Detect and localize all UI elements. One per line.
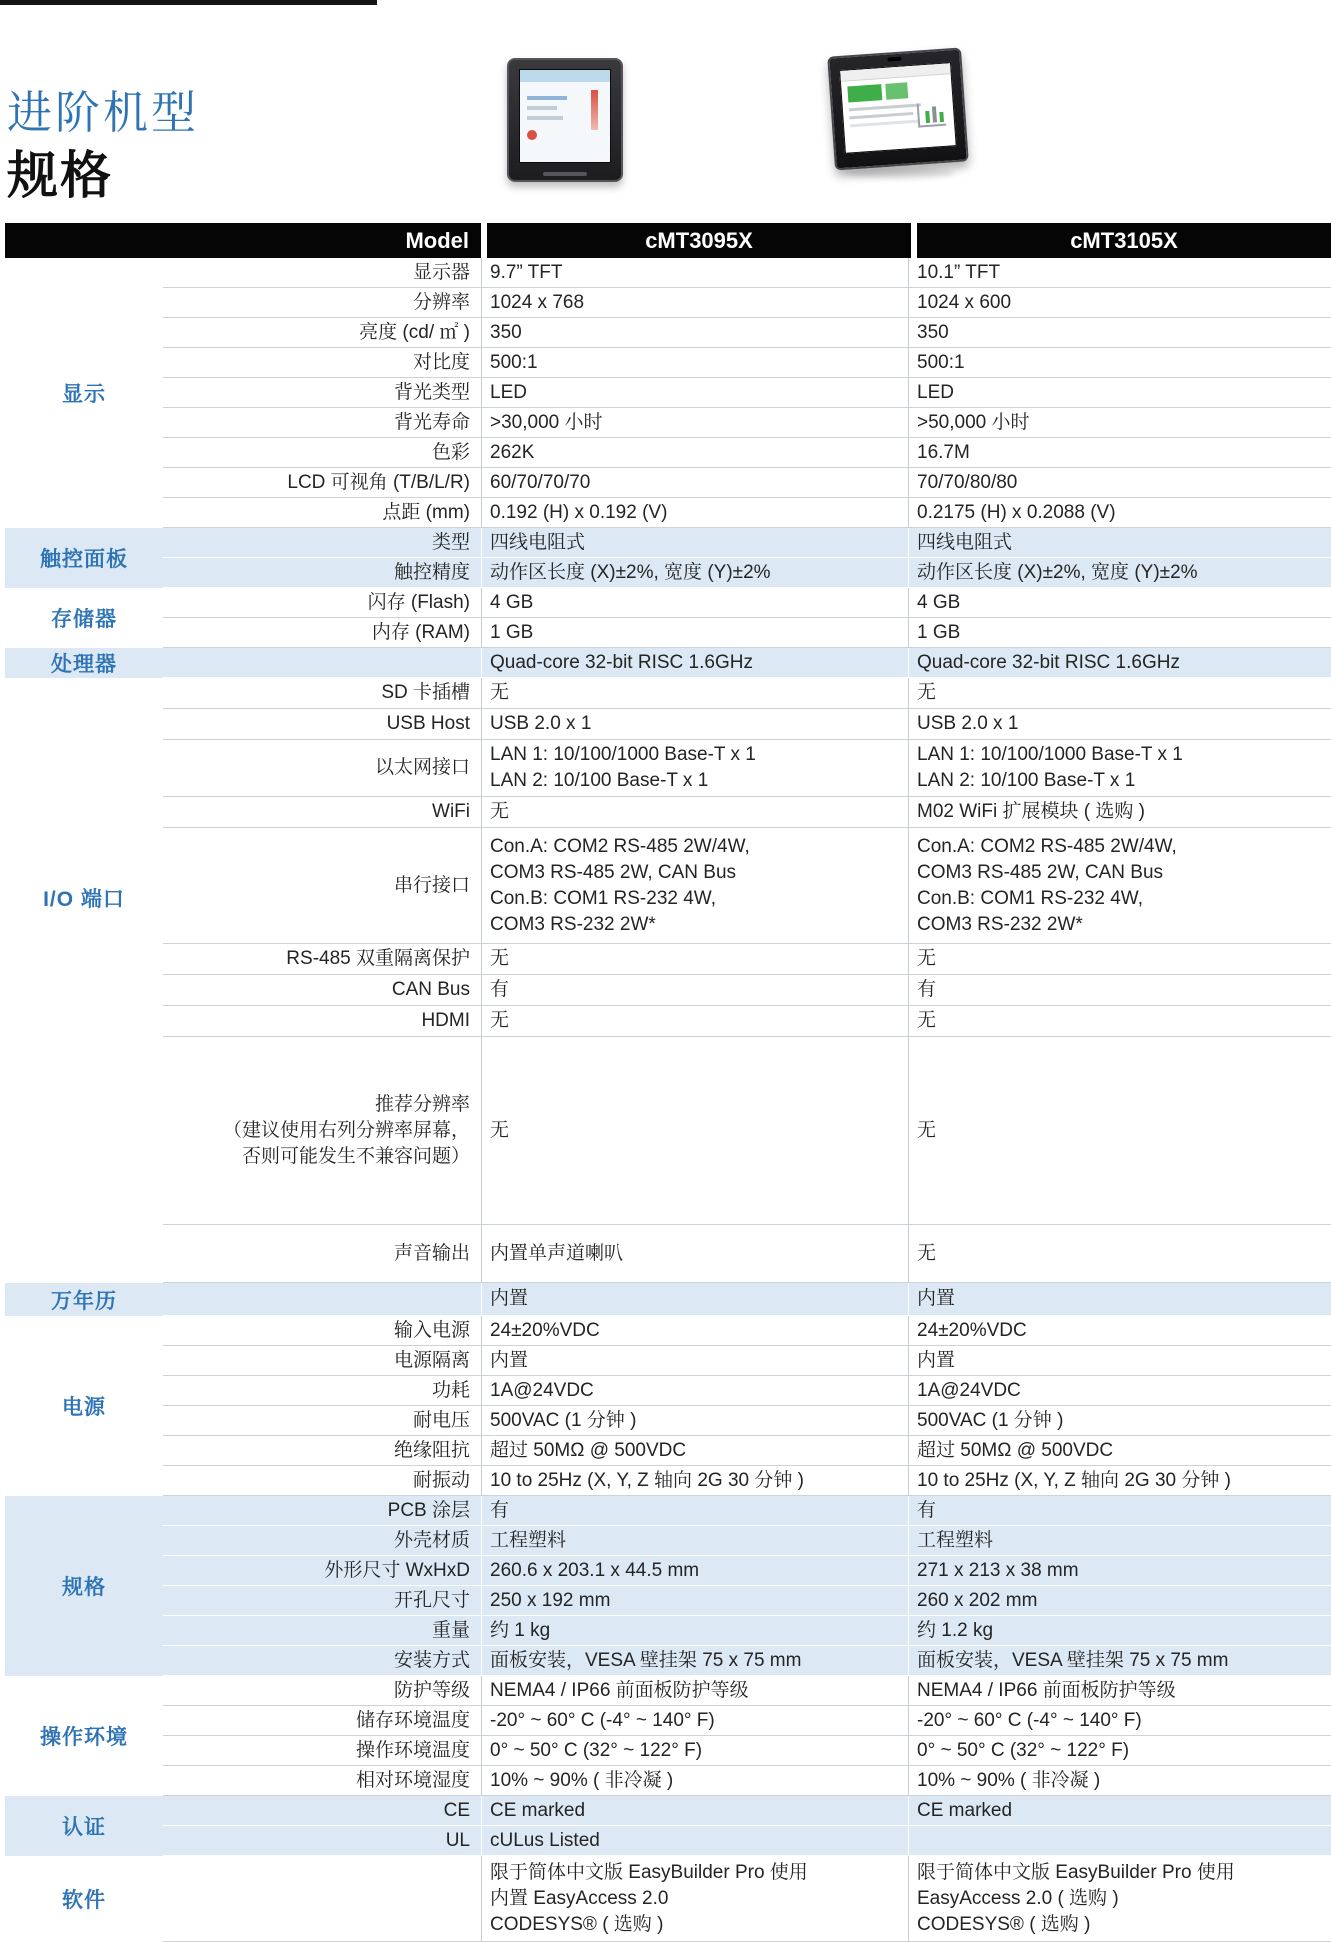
row-io-ports-2-v1: LAN 1: 10/100/1000 Base-T x 1 LAN 2: 10/… <box>481 740 908 797</box>
row-certifications-0-v2: CE marked <box>908 1796 1331 1826</box>
row-io-ports-7-v2: 无 <box>908 1006 1331 1037</box>
spec-table-header: Model cMT3095X cMT3105X <box>5 223 1331 258</box>
row-power-1-v2: 内置 <box>908 1346 1331 1376</box>
row-power-2-v1: 1A@24VDC <box>481 1376 908 1406</box>
row-display-3-v2: 500:1 <box>908 348 1331 378</box>
row-environment-1-label: 储存环境温度 <box>163 1706 481 1736</box>
section-environment: 操作环境防护等级NEMA4 / IP66 前面板防护等级NEMA4 / IP66… <box>5 1676 1331 1796</box>
row-dimensions-2-label: 外形尺寸 WxHxD <box>163 1556 481 1586</box>
row-dimensions-1-v2: 工程塑料 <box>908 1526 1331 1556</box>
screen-text-line <box>527 116 563 120</box>
row-display-6-v1: 262K <box>481 438 908 468</box>
row-display-3-label: 对比度 <box>163 348 481 378</box>
header-col-cmt3095x: cMT3095X <box>487 223 911 258</box>
row-processor-0-v1: Quad-core 32-bit RISC 1.6GHz <box>481 648 908 678</box>
section-processor: 处理器Quad-core 32-bit RISC 1.6GHzQuad-core… <box>5 648 1331 678</box>
row-touch-panel-0-v2: 四线电阻式 <box>908 528 1331 558</box>
row-software-0-v1: 限于简体中文版 EasyBuilder Pro 使用 内置 EasyAccess… <box>481 1856 908 1942</box>
row-power-4-v1: 超过 50MΩ @ 500VDC <box>481 1436 908 1466</box>
row-environment-0-v2: NEMA4 / IP66 前面板防护等级 <box>908 1676 1331 1706</box>
category-label-display: 显示 <box>5 258 163 528</box>
row-io-ports-5-label: RS-485 双重隔离保护 <box>163 944 481 975</box>
product-image-cmt3095x <box>507 58 623 182</box>
row-display-7-v2: 70/70/80/80 <box>908 468 1331 498</box>
row-io-ports-7-v1: 无 <box>481 1006 908 1037</box>
row-software-0-v2: 限于简体中文版 EasyBuilder Pro 使用 EasyAccess 2.… <box>908 1856 1331 1942</box>
row-io-ports-9-v2: 无 <box>908 1225 1331 1283</box>
row-power-5-v2: 10 to 25Hz (X, Y, Z 轴向 2G 30 分钟 ) <box>908 1466 1331 1496</box>
page-title-spec: 规格 <box>7 134 113 208</box>
category-label-calendar: 万年历 <box>5 1283 163 1316</box>
row-memory-0-label: 闪存 (Flash) <box>163 588 481 618</box>
row-environment-2-v2: 0° ~ 50° C (32° ~ 122° F) <box>908 1736 1331 1766</box>
row-memory-1-label: 内存 (RAM) <box>163 618 481 648</box>
header-model-label: Model <box>5 223 481 258</box>
row-dimensions-4-v2: 约 1.2 kg <box>908 1616 1331 1646</box>
row-io-ports-0-v2: 无 <box>908 678 1331 709</box>
row-power-5-v1: 10 to 25Hz (X, Y, Z 轴向 2G 30 分钟 ) <box>481 1466 908 1496</box>
row-environment-2-label: 操作环境温度 <box>163 1736 481 1766</box>
row-processor-0-label <box>163 648 481 678</box>
category-label-memory: 存储器 <box>5 588 163 648</box>
row-memory-1-v2: 1 GB <box>908 618 1331 648</box>
row-dimensions-1-v1: 工程塑料 <box>481 1526 908 1556</box>
screen-indicator-dot <box>527 130 537 140</box>
row-display-3-v1: 500:1 <box>481 348 908 378</box>
section-display: 显示显示器9.7” TFT10.1” TFT分辨率1024 x 7681024 … <box>5 258 1331 528</box>
row-environment-3-label: 相对环境湿度 <box>163 1766 481 1796</box>
row-power-0-v2: 24±20%VDC <box>908 1316 1331 1346</box>
category-label-certifications: 认证 <box>5 1796 163 1856</box>
row-power-2-label: 功耗 <box>163 1376 481 1406</box>
row-dimensions-0-label: PCB 涂层 <box>163 1496 481 1526</box>
section-touch-panel: 触控面板类型四线电阻式四线电阻式触控精度动作区长度 (X)±2%, 宽度 (Y)… <box>5 528 1331 588</box>
row-display-0-v2: 10.1” TFT <box>908 258 1331 288</box>
row-dimensions-2-v1: 260.6 x 203.1 x 44.5 mm <box>481 1556 908 1586</box>
screen-text-line <box>849 112 913 119</box>
row-touch-panel-1-v1: 动作区长度 (X)±2%, 宽度 (Y)±2% <box>481 558 908 588</box>
device-screen <box>519 69 611 163</box>
row-touch-panel-0-label: 类型 <box>163 528 481 558</box>
row-display-4-v1: LED <box>481 378 908 408</box>
screen-green-tile <box>885 82 908 99</box>
row-display-2-v2: 350 <box>908 318 1331 348</box>
row-memory-1-v1: 1 GB <box>481 618 908 648</box>
row-certifications-1-v2 <box>908 1826 1331 1856</box>
section-calendar: 万年历内置内置 <box>5 1283 1331 1316</box>
row-io-ports-3-v1: 无 <box>481 797 908 828</box>
row-io-ports-9-v1: 内置单声道喇叭 <box>481 1225 908 1283</box>
row-dimensions-3-v2: 260 x 202 mm <box>908 1586 1331 1616</box>
category-label-processor: 处理器 <box>5 648 163 678</box>
row-display-1-v2: 1024 x 600 <box>908 288 1331 318</box>
row-io-ports-5-v1: 无 <box>481 944 908 975</box>
row-dimensions-3-v1: 250 x 192 mm <box>481 1586 908 1616</box>
screen-text-line <box>527 96 567 100</box>
row-touch-panel-0-v1: 四线电阻式 <box>481 528 908 558</box>
category-label-power: 电源 <box>5 1316 163 1496</box>
row-environment-2-v1: 0° ~ 50° C (32° ~ 122° F) <box>481 1736 908 1766</box>
row-io-ports-4-v2: Con.A: COM2 RS-485 2W/4W, COM3 RS-485 2W… <box>908 828 1331 944</box>
screen-green-tile <box>847 84 882 102</box>
row-io-ports-6-v2: 有 <box>908 975 1331 1006</box>
row-power-4-label: 绝缘阻抗 <box>163 1436 481 1466</box>
device-logo-strip <box>543 172 587 176</box>
row-io-ports-3-v2: M02 WiFi 扩展模块 ( 选购 ) <box>908 797 1331 828</box>
row-io-ports-8-v2: 无 <box>908 1037 1331 1225</box>
row-touch-panel-1-label: 触控精度 <box>163 558 481 588</box>
row-io-ports-1-label: USB Host <box>163 709 481 740</box>
row-io-ports-4-v1: Con.A: COM2 RS-485 2W/4W, COM3 RS-485 2W… <box>481 828 908 944</box>
page-title-series: 进阶机型 <box>7 76 199 141</box>
row-environment-1-v1: -20° ~ 60° C (-4° ~ 140° F) <box>481 1706 908 1736</box>
row-power-3-label: 耐电压 <box>163 1406 481 1436</box>
category-label-touch-panel: 触控面板 <box>5 528 163 588</box>
row-environment-1-v2: -20° ~ 60° C (-4° ~ 140° F) <box>908 1706 1331 1736</box>
section-io-ports: I/O 端口SD 卡插槽无无USB HostUSB 2.0 x 1USB 2.0… <box>5 678 1331 1283</box>
row-touch-panel-1-v2: 动作区长度 (X)±2%, 宽度 (Y)±2% <box>908 558 1331 588</box>
product-image-cmt3105x <box>827 47 969 170</box>
row-io-ports-7-label: HDMI <box>163 1006 481 1037</box>
row-display-7-label: LCD 可视角 (T/B/L/R) <box>163 468 481 498</box>
row-memory-0-v1: 4 GB <box>481 588 908 618</box>
row-power-3-v2: 500VAC (1 分钟 ) <box>908 1406 1331 1436</box>
row-power-0-label: 输入电源 <box>163 1316 481 1346</box>
row-memory-0-v2: 4 GB <box>908 588 1331 618</box>
category-label-io-ports: I/O 端口 <box>5 678 163 1283</box>
row-display-1-v1: 1024 x 768 <box>481 288 908 318</box>
row-io-ports-4-label: 串行接口 <box>163 828 481 944</box>
row-certifications-0-label: CE <box>163 1796 481 1826</box>
row-environment-3-v1: 10% ~ 90% ( 非冷凝 ) <box>481 1766 908 1796</box>
row-dimensions-5-v1: 面板安装，VESA 壁挂架 75 x 75 mm <box>481 1646 908 1676</box>
row-display-2-label: 亮度 (cd/ ㎡ ) <box>163 318 481 348</box>
screen-text-line <box>527 106 557 110</box>
top-edge-strip <box>0 0 377 5</box>
row-display-2-v1: 350 <box>481 318 908 348</box>
screen-header-bar <box>520 70 610 82</box>
chart-bar <box>939 112 944 122</box>
row-certifications-1-v1: cULus Listed <box>481 1826 908 1856</box>
screen-text-line <box>850 120 920 128</box>
category-label-environment: 操作环境 <box>5 1676 163 1796</box>
row-io-ports-0-v1: 无 <box>481 678 908 709</box>
section-software: 软件限于简体中文版 EasyBuilder Pro 使用 内置 EasyAcce… <box>5 1856 1331 1942</box>
device-screen <box>839 62 957 154</box>
row-calendar-0-label <box>163 1283 481 1316</box>
screen-gauge-graphic <box>591 90 598 130</box>
row-io-ports-6-label: CAN Bus <box>163 975 481 1006</box>
row-display-4-label: 背光类型 <box>163 378 481 408</box>
category-label-dimensions: 规格 <box>5 1496 163 1676</box>
row-environment-0-v1: NEMA4 / IP66 前面板防护等级 <box>481 1676 908 1706</box>
row-power-0-v1: 24±20%VDC <box>481 1316 908 1346</box>
row-display-8-label: 点距 (mm) <box>163 498 481 528</box>
row-io-ports-1-v1: USB 2.0 x 1 <box>481 709 908 740</box>
row-display-6-v2: 16.7M <box>908 438 1331 468</box>
row-software-0-label <box>163 1856 481 1942</box>
row-display-5-label: 背光寿命 <box>163 408 481 438</box>
row-display-1-label: 分辨率 <box>163 288 481 318</box>
screen-text-line <box>849 103 921 111</box>
row-power-3-v1: 500VAC (1 分钟 ) <box>481 1406 908 1436</box>
row-io-ports-0-label: SD 卡插槽 <box>163 678 481 709</box>
device-shadow <box>845 168 955 178</box>
row-io-ports-2-v2: LAN 1: 10/100/1000 Base-T x 1 LAN 2: 10/… <box>908 740 1331 797</box>
row-power-2-v2: 1A@24VDC <box>908 1376 1331 1406</box>
section-dimensions: 规格PCB 涂层有有外壳材质工程塑料工程塑料外形尺寸 WxHxD260.6 x … <box>5 1496 1331 1676</box>
screen-header-bar <box>840 63 950 82</box>
row-display-6-label: 色彩 <box>163 438 481 468</box>
spec-table-body: 显示显示器9.7” TFT10.1” TFT分辨率1024 x 7681024 … <box>5 258 1331 1942</box>
section-certifications: 认证CECE markedCE markedULcULus Listed <box>5 1796 1331 1856</box>
row-power-1-label: 电源隔离 <box>163 1346 481 1376</box>
row-io-ports-9-label: 声音输出 <box>163 1225 481 1283</box>
row-calendar-0-v2: 内置 <box>908 1283 1331 1316</box>
row-power-1-v1: 内置 <box>481 1346 908 1376</box>
row-display-5-v2: >50,000 小时 <box>908 408 1331 438</box>
row-processor-0-v2: Quad-core 32-bit RISC 1.6GHz <box>908 648 1331 678</box>
row-dimensions-2-v2: 271 x 213 x 38 mm <box>908 1556 1331 1586</box>
row-power-4-v2: 超过 50MΩ @ 500VDC <box>908 1436 1331 1466</box>
row-display-8-v1: 0.192 (H) x 0.192 (V) <box>481 498 908 528</box>
row-display-0-v1: 9.7” TFT <box>481 258 908 288</box>
row-display-4-v2: LED <box>908 378 1331 408</box>
row-certifications-0-v1: CE marked <box>481 1796 908 1826</box>
row-dimensions-1-label: 外壳材质 <box>163 1526 481 1556</box>
row-display-7-v1: 60/70/70/70 <box>481 468 908 498</box>
row-power-5-label: 耐振动 <box>163 1466 481 1496</box>
row-dimensions-0-v2: 有 <box>908 1496 1331 1526</box>
row-io-ports-6-v1: 有 <box>481 975 908 1006</box>
device-top-slot <box>887 57 901 62</box>
row-environment-0-label: 防护等级 <box>163 1676 481 1706</box>
row-display-8-v2: 0.2175 (H) x 0.2088 (V) <box>908 498 1331 528</box>
row-dimensions-5-v2: 面板安装，VESA 壁挂架 75 x 75 mm <box>908 1646 1331 1676</box>
row-dimensions-5-label: 安装方式 <box>163 1646 481 1676</box>
row-io-ports-8-label: 推荐分辨率 （建议使用右列分辨率屏幕， 否则可能发生不兼容问题） <box>163 1037 481 1225</box>
row-display-0-label: 显示器 <box>163 258 481 288</box>
row-dimensions-4-v1: 约 1 kg <box>481 1616 908 1646</box>
section-power: 电源输入电源24±20%VDC24±20%VDC电源隔离内置内置功耗1A@24V… <box>5 1316 1331 1496</box>
row-calendar-0-v1: 内置 <box>481 1283 908 1316</box>
row-display-5-v1: >30,000 小时 <box>481 408 908 438</box>
row-environment-3-v2: 10% ~ 90% ( 非冷凝 ) <box>908 1766 1331 1796</box>
row-dimensions-0-v1: 有 <box>481 1496 908 1526</box>
row-dimensions-3-label: 开孔尺寸 <box>163 1586 481 1616</box>
row-io-ports-1-v2: USB 2.0 x 1 <box>908 709 1331 740</box>
row-io-ports-2-label: 以太网接口 <box>163 740 481 797</box>
section-memory: 存储器闪存 (Flash)4 GB4 GB内存 (RAM)1 GB1 GB <box>5 588 1331 648</box>
chart-bar <box>925 111 930 123</box>
row-io-ports-3-label: WiFi <box>163 797 481 828</box>
category-label-software: 软件 <box>5 1856 163 1942</box>
row-dimensions-4-label: 重量 <box>163 1616 481 1646</box>
row-io-ports-8-v1: 无 <box>481 1037 908 1225</box>
header-col-cmt3105x: cMT3105X <box>917 223 1331 258</box>
row-io-ports-5-v2: 无 <box>908 944 1331 975</box>
row-certifications-1-label: UL <box>163 1826 481 1856</box>
